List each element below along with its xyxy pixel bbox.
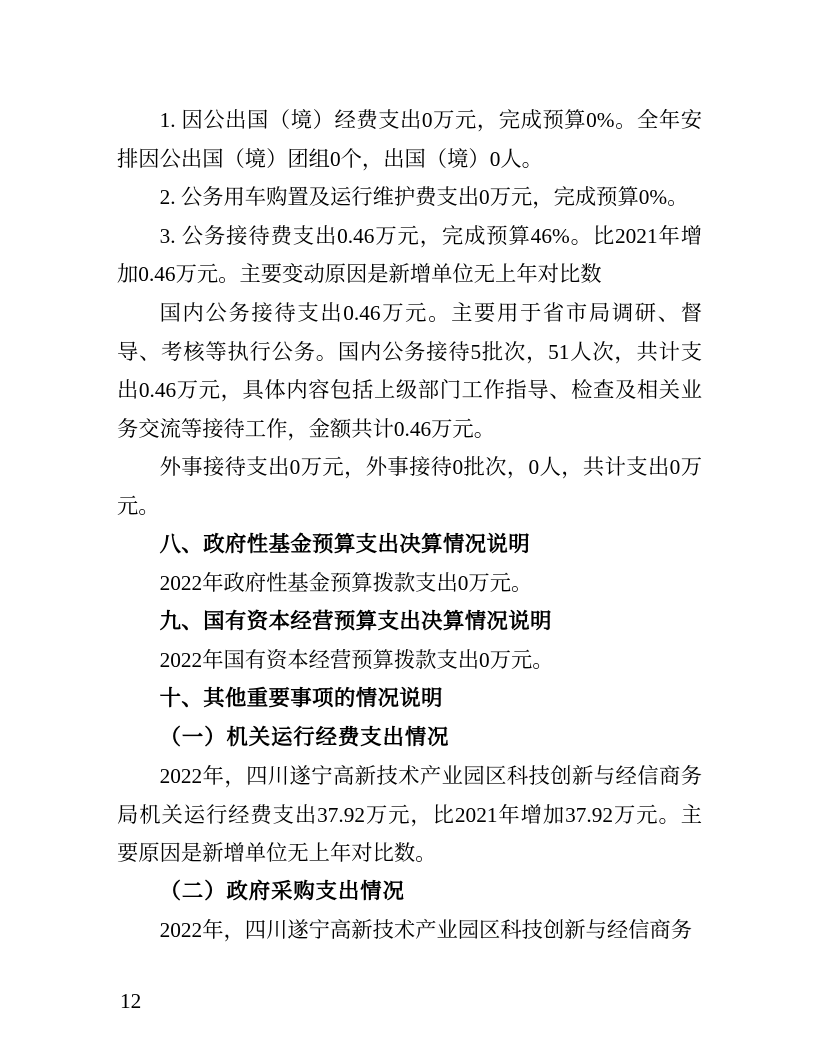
para-vehicle-expense: 2. 公务用车购置及运行维护费支出0万元，完成预算0%。 — [117, 178, 702, 217]
heading-section-10: 十、其他重要事项的情况说明 — [117, 680, 702, 719]
heading-section-8: 八、政府性基金预算支出决算情况说明 — [117, 526, 702, 565]
page-number: 12 — [120, 982, 141, 1021]
para-state-capital: 2022年国有资本经营预算拨款支出0万元。 — [117, 641, 702, 680]
heading-section-9: 九、国有资本经营预算支出决算情况说明 — [117, 603, 702, 642]
para-gov-fund: 2022年政府性基金预算拨款支出0万元。 — [117, 564, 702, 603]
para-domestic-reception: 国内公务接待支出0.46万元。主要用于省市局调研、督导、考核等执行公务。国内公务… — [117, 294, 702, 448]
heading-sub-1: （一）机关运行经费支出情况 — [117, 719, 702, 758]
para-reception-expense: 3. 公务接待费支出0.46万元，完成预算46%。比2021年增加0.46万元。… — [117, 217, 702, 294]
para-procurement-intro: 2022年，四川遂宁高新技术产业园区科技创新与经信商务 — [117, 911, 702, 950]
document-page: 1. 因公出国（境）经费支出0万元，完成预算0%。全年安排因公出国（境）团组0个… — [0, 0, 816, 1056]
para-abroad-expense: 1. 因公出国（境）经费支出0万元，完成预算0%。全年安排因公出国（境）团组0个… — [117, 101, 702, 178]
para-operating-expense: 2022年，四川遂宁高新技术产业园区科技创新与经信商务局机关运行经费支出37.9… — [117, 757, 702, 873]
heading-sub-2: （二）政府采购支出情况 — [117, 873, 702, 912]
para-foreign-reception: 外事接待支出0万元，外事接待0批次，0人，共计支出0万元。 — [117, 448, 702, 525]
document-content: 1. 因公出国（境）经费支出0万元，完成预算0%。全年安排因公出国（境）团组0个… — [117, 101, 702, 950]
